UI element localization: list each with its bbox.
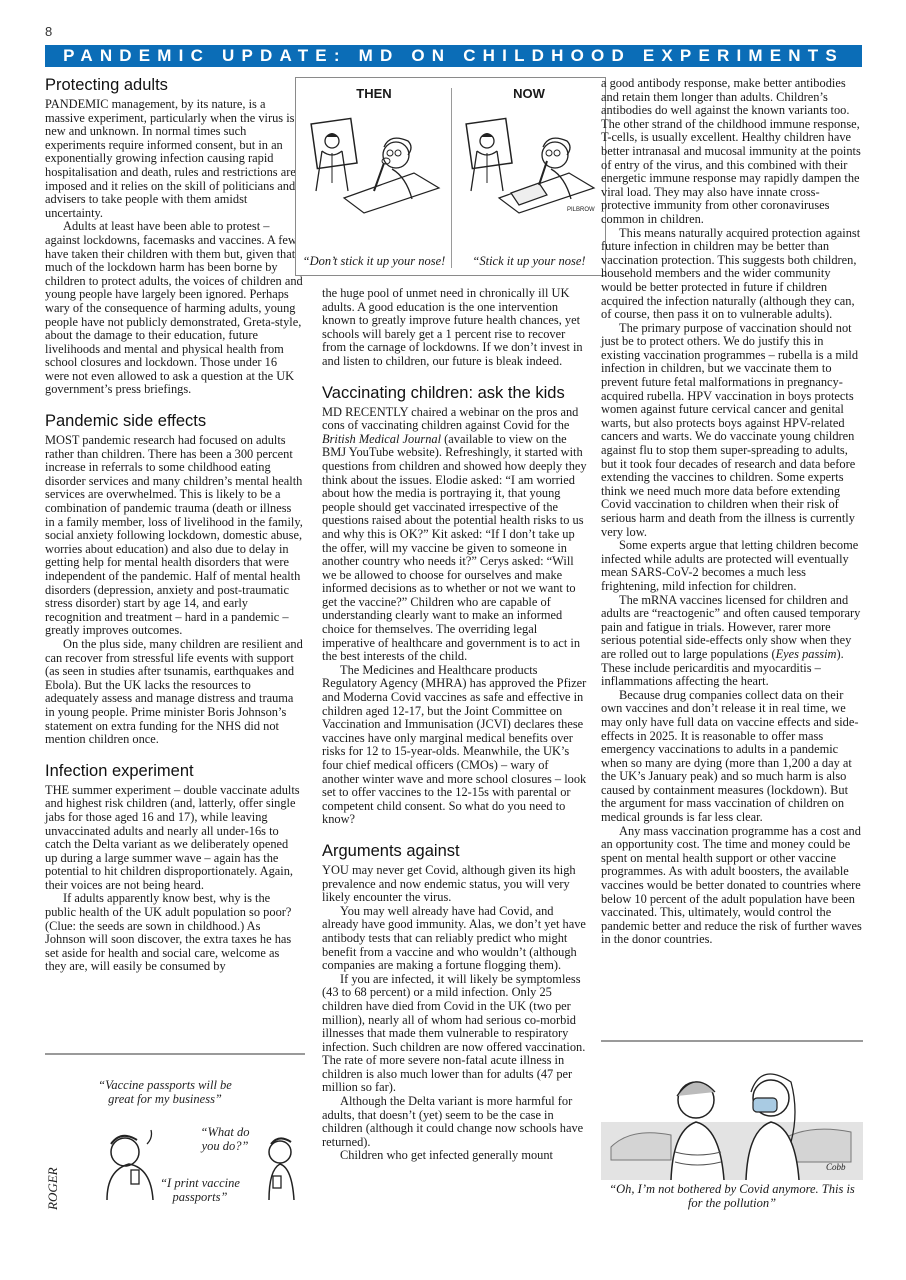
svg-text:ROGER: ROGER (45, 1167, 60, 1211)
panel-caption: “Don’t stick it up your nose! (299, 254, 449, 268)
cartoon-then-now: THEN “Don’t stick it up your nose! NOW (295, 77, 606, 276)
cartoon-panel-now: NOW PILBROW “Stick it up your nose! (454, 82, 604, 272)
paragraph: The primary purpose of vaccination shoul… (601, 322, 863, 540)
paragraph: The Medicines and Healthcare products Re… (322, 664, 587, 827)
cartoon-pollution: Cobb “Oh, I’m not bothered by Covid anym… (601, 1052, 863, 1212)
column-divider-rule (601, 1040, 863, 1042)
paragraph: Some experts argue that letting children… (601, 539, 863, 593)
text-run: (available to view on the BMJ YouTube we… (322, 432, 587, 664)
paragraph: MD RECENTLY chaired a webinar on the pro… (322, 406, 587, 664)
page-number: 8 (45, 24, 52, 39)
paragraph: MOST pandemic research had focused on ad… (45, 434, 303, 638)
doctor-patient-lateral-flow-illustration-icon: PILBROW (459, 103, 599, 218)
cartoon-figures-icon: ROGER (45, 1070, 305, 1220)
paragraph: Because drug companies collect data on t… (601, 689, 863, 825)
paragraph: Adults at least have been able to protes… (45, 220, 303, 397)
masked-women-illustration-icon: Cobb (601, 1052, 863, 1180)
panel-divider (451, 88, 452, 268)
paragraph: The mRNA vaccines licensed for children … (601, 594, 863, 689)
heading-protecting-adults: Protecting adults (45, 75, 303, 95)
svg-text:Cobb: Cobb (826, 1162, 846, 1172)
publication-reference: Eyes passim (776, 647, 837, 661)
cartoon-panel-then: THEN “Don’t stick it up your nose! (299, 82, 449, 272)
paragraph: Children who get infected generally moun… (322, 1149, 587, 1163)
heading-arguments-against: Arguments against (322, 841, 587, 861)
paragraph: This means naturally acquired protection… (601, 227, 863, 322)
column-divider-rule (45, 1053, 305, 1055)
column-3: a good antibody response, make better an… (601, 77, 863, 947)
paragraph: Although the Delta variant is more harmf… (322, 1095, 587, 1149)
publication-title: British Medical Journal (322, 432, 441, 446)
heading-vaccinating-children: Vaccinating children: ask the kids (322, 383, 587, 403)
panel-title: THEN (299, 86, 449, 101)
paragraph: If adults apparently know best, why is t… (45, 892, 303, 974)
panel-caption: “Stick it up your nose! (454, 254, 604, 268)
paragraph: YOU may never get Covid, although given … (322, 864, 587, 905)
column-1: Protecting adults PANDEMIC management, b… (45, 75, 303, 974)
heading-pandemic-side-effects: Pandemic side effects (45, 411, 303, 431)
section-banner: PANDEMIC UPDATE: MD ON CHILDHOOD EXPERIM… (45, 45, 862, 67)
paragraph: On the plus side, many children are resi… (45, 638, 303, 747)
paragraph: PANDEMIC management, by its nature, is a… (45, 98, 303, 220)
paragraph: You may well already have had Covid, and… (322, 905, 587, 973)
paragraph: a good antibody response, make better an… (601, 77, 863, 227)
svg-text:PILBROW: PILBROW (567, 207, 595, 213)
heading-infection-experiment: Infection experiment (45, 761, 303, 781)
paragraph: Any mass vaccination programme has a cos… (601, 825, 863, 947)
text-run: MD RECENTLY chaired a webinar on the pro… (322, 405, 578, 433)
paragraph: the huge pool of unmet need in chronical… (322, 287, 587, 369)
cartoon-caption: “Oh, I’m not bothered by Covid anymore. … (601, 1182, 863, 1210)
column-2: the huge pool of unmet need in chronical… (322, 287, 587, 1163)
cartoon-vaccine-passports: “Vaccine passports will be great for my … (45, 1070, 305, 1220)
panel-title: NOW (454, 86, 604, 101)
paragraph: If you are infected, it will likely be s… (322, 973, 587, 1095)
paragraph: THE summer experiment – double vaccinate… (45, 784, 303, 893)
doctor-patient-illustration-icon (304, 103, 444, 218)
